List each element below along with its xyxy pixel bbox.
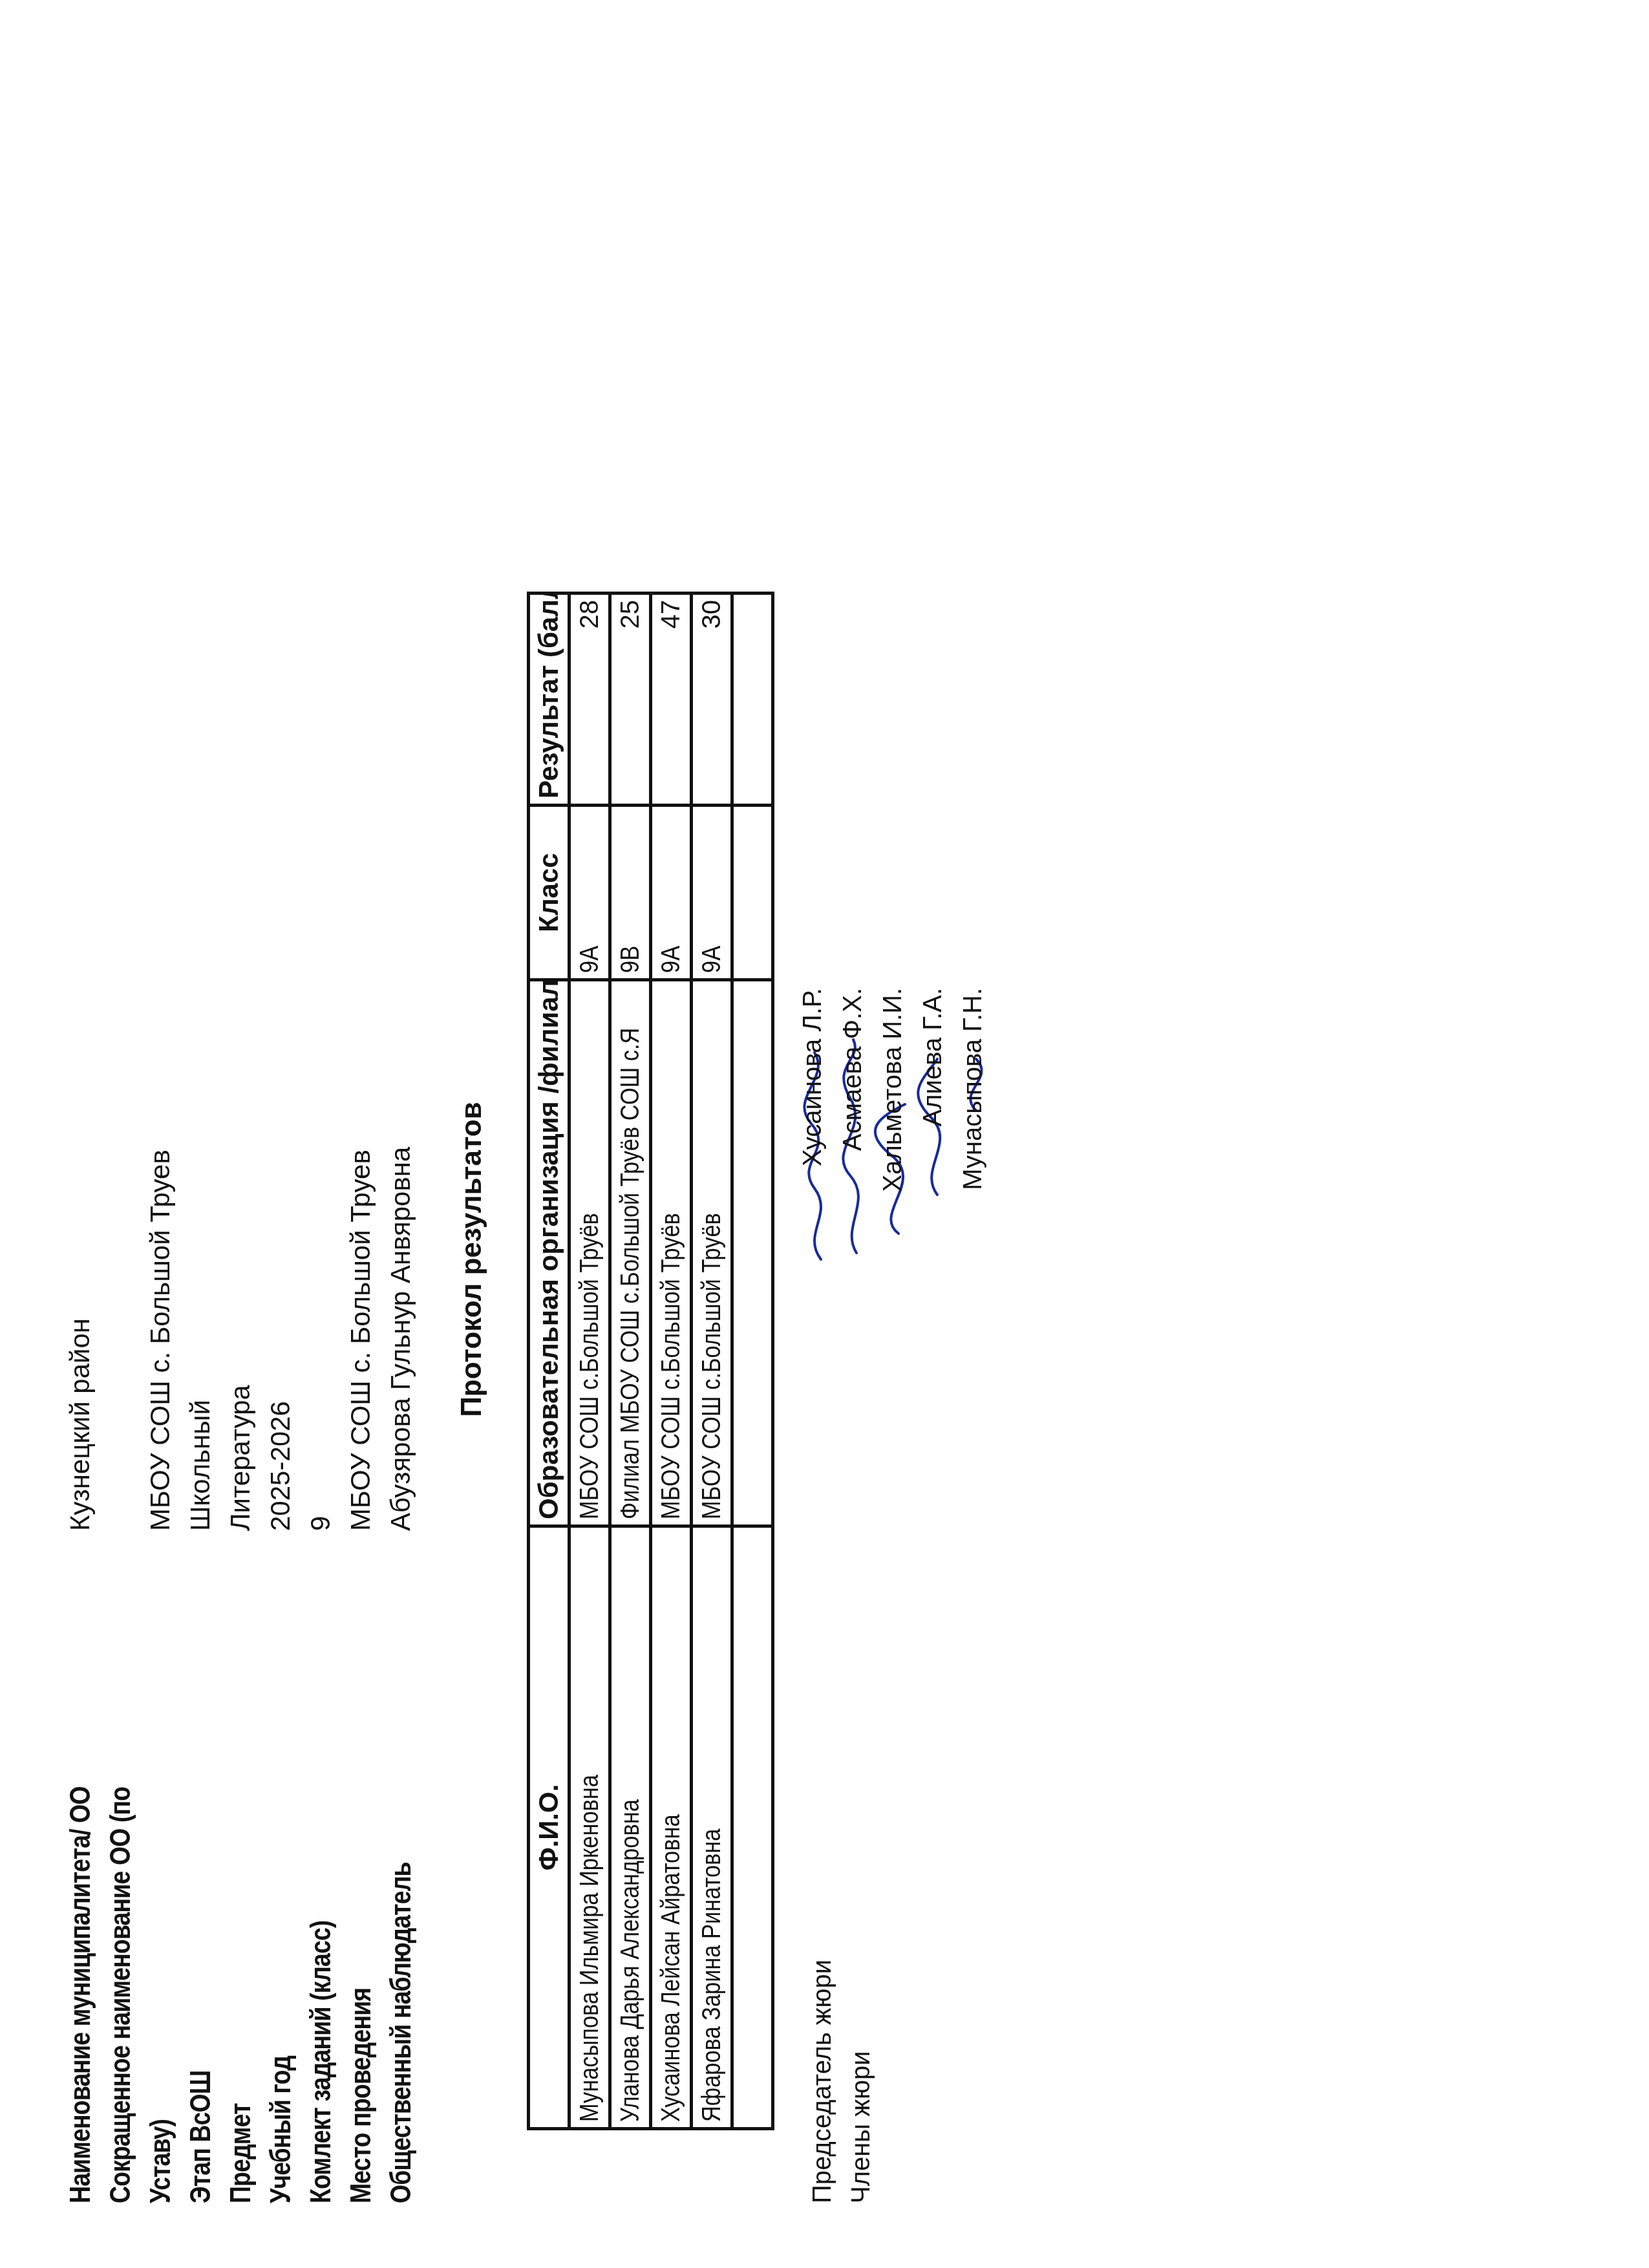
cell-org: МБОУ СОШ с.Большой Труёв	[569, 980, 610, 1526]
cell-name: Яфарова Зарина Ринатовна	[692, 1526, 732, 2129]
meta-value: МБОУ СОШ с. Большой Труев	[345, 1150, 376, 1531]
jury-member-name: Хусаинова Л.Р.	[798, 988, 827, 1166]
meta-value: Кузнецкий район	[65, 1318, 96, 1531]
meta-value: Абузярова Гульнур Анвяровна	[385, 1147, 416, 1531]
meta-label: Наименование муниципалитета/ ОО	[65, 1786, 97, 2203]
column-header-class: Класс	[529, 806, 569, 980]
results-table: Ф.И.О. Образовательная организация /фили…	[527, 592, 774, 2130]
meta-value: МБОУ СОШ с. Большой Труев	[145, 1150, 176, 1531]
cell-name: Уланова Дарья Александровна	[610, 1526, 651, 2129]
table-row: Яфарова Зарина Ринатовна МБОУ СОШ с.Боль…	[692, 594, 732, 2129]
meta-label: Этап ВсОШ	[185, 2070, 217, 2203]
jury-member-name: Асмаева Ф.Х.	[838, 988, 867, 1151]
meta-label: Комлект заданий (класс)	[305, 1921, 337, 2203]
meta-label: Общественный наблюдатель	[385, 1862, 418, 2203]
table-header-row: Ф.И.О. Образовательная организация /фили…	[529, 594, 569, 2129]
jury-chair-label: Председатель жюри	[808, 1960, 837, 2203]
column-header-name: Ф.И.О.	[529, 1526, 569, 2129]
cell-class: 9А	[569, 806, 610, 980]
cell-org: Филиал МБОУ СОШ с.Большой Труёв СОШ с.Я	[610, 980, 651, 1526]
meta-label: Место проведения	[345, 1988, 378, 2203]
cell-name: Мунасыпова Ильмира Иркеновна	[569, 1526, 610, 2129]
table-row-empty	[732, 594, 773, 2129]
table-row: Мунасыпова Ильмира Иркеновна МБОУ СОШ с.…	[569, 594, 610, 2129]
meta-value: 2025-2026	[265, 1401, 296, 1531]
cell-class: 9В	[610, 806, 651, 980]
cell-score: 25	[610, 594, 651, 806]
document-page: Наименование муниципалитета/ ОО Кузнецки…	[0, 0, 1649, 2268]
table-row: Хусаинова Лейсан Айратовна МБОУ СОШ с.Бо…	[651, 594, 692, 2129]
jury-member-name: Мунасыпова Г.Н.	[959, 988, 988, 1190]
cell-org: МБОУ СОШ с.Большой Труёв	[692, 980, 732, 1526]
jury-member-name: Хальметова И.И.	[878, 988, 908, 1192]
cell-score: 47	[651, 594, 692, 806]
meta-value: Школьный	[185, 1400, 216, 1531]
cell-name: Хусаинова Лейсан Айратовна	[651, 1526, 692, 2129]
meta-label: Уставу)	[145, 2119, 177, 2203]
meta-label: Учебный год	[265, 2056, 297, 2203]
cell-score: 28	[569, 594, 610, 806]
cell-score: 30	[692, 594, 732, 806]
meta-label: Сокращенное наименование ОО (по	[105, 1787, 137, 2203]
cell-org	[732, 980, 773, 1526]
page-title: Протокол результатов	[456, 897, 488, 1621]
meta-value: Литература	[225, 1385, 256, 1531]
jury-member-name: Алиева Г.А.	[919, 988, 948, 1126]
cell-class: 9А	[651, 806, 692, 980]
meta-label: Предмет	[225, 2103, 257, 2203]
table-row: Уланова Дарья Александровна Филиал МБОУ …	[610, 594, 651, 2129]
cell-name	[732, 1526, 773, 2129]
cell-score	[732, 594, 773, 806]
cell-org: МБОУ СОШ с.Большой Труёв	[651, 980, 692, 1526]
cell-class: 9А	[692, 806, 732, 980]
column-header-score: Результат (баллы)	[529, 594, 569, 806]
cell-class	[732, 806, 773, 980]
meta-value: 9	[305, 1516, 336, 1531]
column-header-org: Образовательная организация /филиал	[529, 980, 569, 1526]
jury-members-label: Члены жюри	[847, 2051, 876, 2203]
